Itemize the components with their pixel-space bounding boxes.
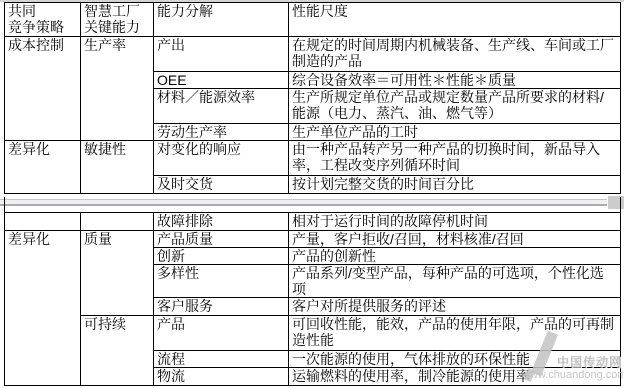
table-row: 差异化 敏捷性 对变化的响应 由一种产品转产另一种产品的切换时间，新品导入率，工… — [5, 141, 621, 176]
cell-metric: 综合设备效率＝可用性＊性能＊质量 — [289, 72, 621, 89]
watermark-site-name: 中国传动网 — [557, 353, 622, 370]
cell-strategy-empty — [5, 213, 81, 231]
header-capability: 智慧工厂 关键能力 — [81, 3, 154, 37]
capability-table-part1: 共同 竞争策略 智慧工厂 关键能力 能力分解 性能尺度 成本控制 生产率 产出 … — [4, 2, 621, 194]
cell-strategy: 差异化 — [5, 141, 81, 194]
cell-capability: 质量 — [81, 231, 154, 316]
cell-strategy: 差异化 — [5, 231, 81, 386]
cell-subcapability: 故障排除 — [154, 213, 289, 231]
cell-subcapability: 产品 — [154, 316, 289, 351]
table-border-connector-left — [4, 197, 5, 213]
cell-metric: 产量，客户拒收/召回，材料核准/召回 — [289, 231, 621, 248]
cell-subcapability: 物流 — [154, 368, 289, 386]
cell-metric: 相对于运行时间的故障停机时间 — [289, 213, 621, 231]
cell-strategy: 成本控制 — [5, 37, 81, 141]
table-row: 差异化 质量 产品质量 产量，客户拒收/召回，材料核准/召回 — [5, 231, 621, 248]
cell-subcapability: 创新 — [154, 248, 289, 265]
cell-capability: 生产率 — [81, 37, 154, 141]
cell-subcapability: 产品质量 — [154, 231, 289, 248]
cell-subcapability: 多样性 — [154, 265, 289, 298]
header-strategy: 共同 竞争策略 — [5, 3, 81, 37]
cell-subcapability: 产出 — [154, 37, 289, 72]
cell-metric: 生产所规定单位产品或规定数量产品所要求的材料/能源（电力、蒸汽、油、燃气等） — [289, 89, 621, 124]
cell-metric: 按计划完整交货的时间百分比 — [289, 176, 621, 194]
cell-subcapability: 材料／能源效率 — [154, 89, 289, 124]
page-break-band — [0, 199, 607, 206]
table-border-connector-right — [620, 197, 621, 213]
cell-metric: 在规定的时间周期内机械装备、生产线、车间或工厂制造的产品 — [289, 37, 621, 72]
cell-capability: 可持续 — [81, 316, 154, 386]
cell-metric: 产品的创新性 — [289, 248, 621, 265]
cell-metric: 产品系列/变型产品，每种产品的可选项，个性化选项 — [289, 265, 621, 298]
table-row: 故障排除 相对于运行时间的故障停机时间 — [5, 213, 621, 231]
table-row: 成本控制 生产率 产出 在规定的时间周期内机械装备、生产线、车间或工厂制造的产品 — [5, 37, 621, 72]
page-break-handle — [608, 196, 624, 209]
cell-metric: 由一种产品转产另一种产品的切换时间，新品导入率，工程改变序列循环时间 — [289, 141, 621, 176]
cell-subcapability: 流程 — [154, 351, 289, 368]
watermark: 中国传动网 www.chuandong.com — [515, 328, 624, 386]
cell-capability: 敏捷性 — [81, 141, 154, 194]
cell-subcapability: 对变化的响应 — [154, 141, 289, 176]
cell-subcapability: OEE — [154, 72, 289, 89]
header-row: 共同 竞争策略 智慧工厂 关键能力 能力分解 性能尺度 — [5, 3, 621, 37]
header-metric: 性能尺度 — [289, 3, 621, 37]
cell-metric: 客户对所提供服务的评述 — [289, 298, 621, 316]
watermark-url: www.chuandong.com — [522, 369, 624, 381]
cell-subcapability: 及时交货 — [154, 176, 289, 194]
cell-subcapability: 劳动生产率 — [154, 124, 289, 141]
header-decomposition: 能力分解 — [154, 3, 289, 37]
cell-metric: 生产单位产品的工时 — [289, 124, 621, 141]
cell-capability-empty — [81, 213, 154, 231]
cell-subcapability: 客户服务 — [154, 298, 289, 316]
